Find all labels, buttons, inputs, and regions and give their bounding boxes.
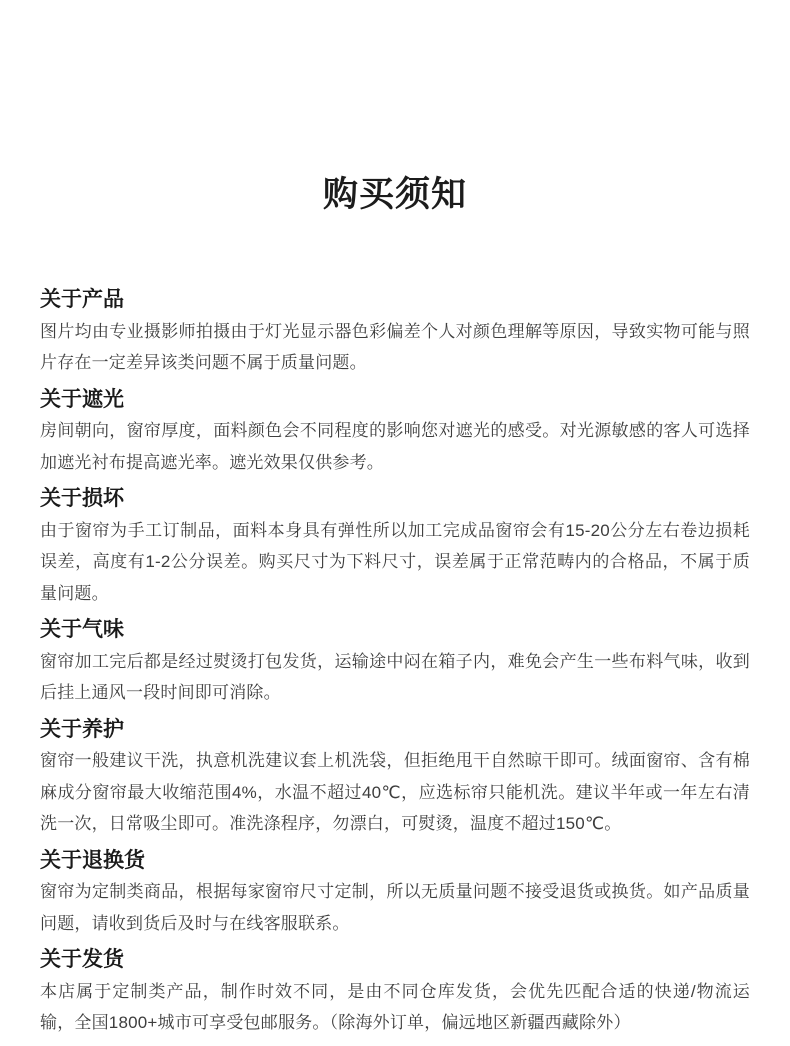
purchase-notice-page: 购买须知 关于产品 图片均由专业摄影师拍摄由于灯光显示器色彩偏差个人对颜色理解等… <box>0 0 790 1046</box>
section-heading: 关于养护 <box>40 714 750 746</box>
section-about-product: 关于产品 图片均由专业摄影师拍摄由于灯光显示器色彩偏差个人对颜色理解等原因，导致… <box>40 284 750 379</box>
section-heading: 关于发货 <box>40 944 750 976</box>
notice-sections: 关于产品 图片均由专业摄影师拍摄由于灯光显示器色彩偏差个人对颜色理解等原因，导致… <box>40 284 750 1039</box>
section-about-care: 关于养护 窗帘一般建议干洗，执意机洗建议套上机洗袋，但拒绝甩干自然晾干即可。绒面… <box>40 714 750 840</box>
section-about-shipping: 关于发货 本店属于定制类产品，制作时效不同，是由不同仓库发货，会优先匹配合适的快… <box>40 944 750 1039</box>
section-body: 房间朝向，窗帘厚度，面料颜色会不同程度的影响您对遮光的感受。对光源敏感的客人可选… <box>40 415 750 478</box>
section-heading: 关于损坏 <box>40 483 750 515</box>
section-heading: 关于遮光 <box>40 384 750 416</box>
section-heading: 关于产品 <box>40 284 750 316</box>
section-heading: 关于退换货 <box>40 845 750 877</box>
section-body: 窗帘一般建议干洗，执意机洗建议套上机洗袋，但拒绝甩干自然晾干即可。绒面窗帘、含有… <box>40 745 750 840</box>
section-body: 图片均由专业摄影师拍摄由于灯光显示器色彩偏差个人对颜色理解等原因，导致实物可能与… <box>40 316 750 379</box>
section-about-odor: 关于气味 窗帘加工完后都是经过熨烫打包发货，运输途中闷在箱子内，难免会产生一些布… <box>40 614 750 709</box>
section-about-damage: 关于损坏 由于窗帘为手工订制品，面料本身具有弹性所以加工完成品窗帘会有15-20… <box>40 483 750 609</box>
section-body: 由于窗帘为手工订制品，面料本身具有弹性所以加工完成品窗帘会有15-20公分左右卷… <box>40 515 750 610</box>
section-body: 窗帘为定制类商品，根据每家窗帘尺寸定制，所以无质量问题不接受退货或换货。如产品质… <box>40 876 750 939</box>
section-body: 窗帘加工完后都是经过熨烫打包发货，运输途中闷在箱子内，难免会产生一些布料气味，收… <box>40 646 750 709</box>
notice-content: 购买须知 关于产品 图片均由专业摄影师拍摄由于灯光显示器色彩偏差个人对颜色理解等… <box>0 176 790 1039</box>
page-title: 购买须知 <box>40 176 750 213</box>
section-about-returns: 关于退换货 窗帘为定制类商品，根据每家窗帘尺寸定制，所以无质量问题不接受退货或换… <box>40 845 750 940</box>
section-heading: 关于气味 <box>40 614 750 646</box>
section-body: 本店属于定制类产品，制作时效不同，是由不同仓库发货，会优先匹配合适的快递/物流运… <box>40 976 750 1039</box>
section-about-shading: 关于遮光 房间朝向，窗帘厚度，面料颜色会不同程度的影响您对遮光的感受。对光源敏感… <box>40 384 750 479</box>
